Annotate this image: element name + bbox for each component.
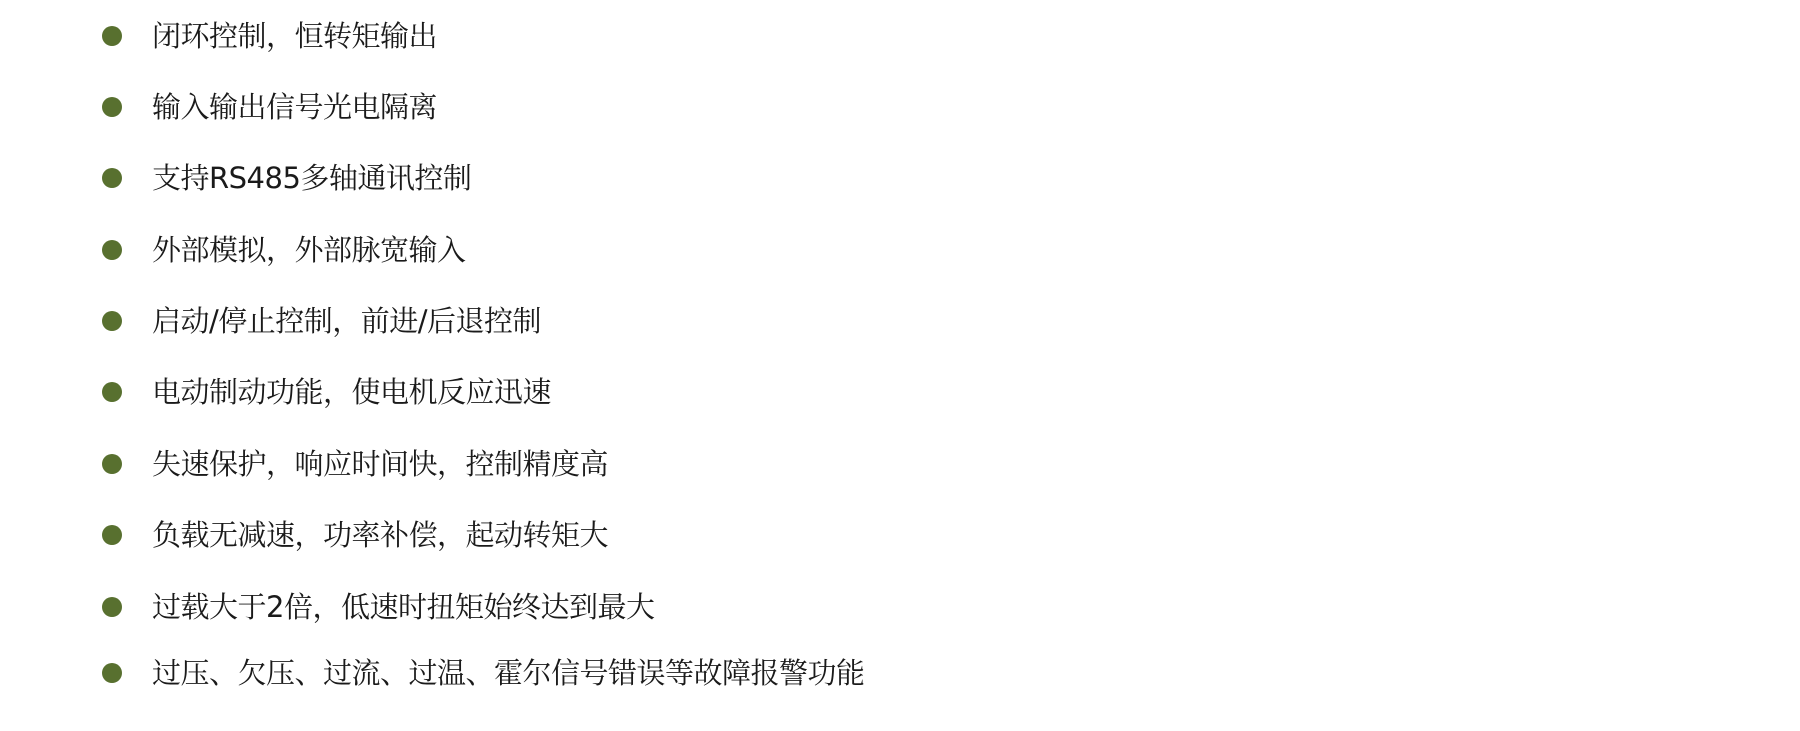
feature-text: 负载无减速，功率补偿，起动转矩大 xyxy=(152,515,608,555)
list-item: 过载大于2倍，低速时扭矩始终达到最大 xyxy=(102,587,654,627)
bullet-icon xyxy=(102,525,122,545)
feature-text: 失速保护，响应时间快，控制精度高 xyxy=(152,444,608,484)
feature-text: 支持RS485多轴通讯控制 xyxy=(152,158,471,198)
feature-text: 电动制动功能，使电机反应迅速 xyxy=(152,372,551,412)
bullet-icon xyxy=(102,26,122,46)
list-item: 失速保护，响应时间快，控制精度高 xyxy=(102,444,608,484)
bullet-icon xyxy=(102,97,122,117)
bullet-icon xyxy=(102,240,122,260)
feature-text: 过压、欠压、过流、过温、霍尔信号错误等故障报警功能 xyxy=(152,653,865,693)
bullet-icon xyxy=(102,382,122,402)
feature-text: 启动/停止控制，前进/后退控制 xyxy=(152,301,541,341)
feature-text: 过载大于2倍，低速时扭矩始终达到最大 xyxy=(152,587,654,627)
bullet-icon xyxy=(102,311,122,331)
list-item: 电动制动功能，使电机反应迅速 xyxy=(102,372,551,412)
list-item: 支持RS485多轴通讯控制 xyxy=(102,158,471,198)
bullet-icon xyxy=(102,168,122,188)
list-item: 负载无减速，功率补偿，起动转矩大 xyxy=(102,515,608,555)
bullet-icon xyxy=(102,454,122,474)
feature-text: 输入输出信号光电隔离 xyxy=(152,87,437,127)
list-item: 过压、欠压、过流、过温、霍尔信号错误等故障报警功能 xyxy=(102,653,865,693)
feature-text: 闭环控制，恒转矩输出 xyxy=(152,16,437,56)
bullet-icon xyxy=(102,597,122,617)
list-item: 启动/停止控制，前进/后退控制 xyxy=(102,301,541,341)
bullet-icon xyxy=(102,663,122,683)
feature-list: 闭环控制，恒转矩输出 输入输出信号光电隔离 支持RS485多轴通讯控制 外部模拟… xyxy=(0,0,1800,731)
list-item: 输入输出信号光电隔离 xyxy=(102,87,437,127)
list-item: 外部模拟，外部脉宽输入 xyxy=(102,230,466,270)
feature-text: 外部模拟，外部脉宽输入 xyxy=(152,230,466,270)
list-item: 闭环控制，恒转矩输出 xyxy=(102,16,437,56)
